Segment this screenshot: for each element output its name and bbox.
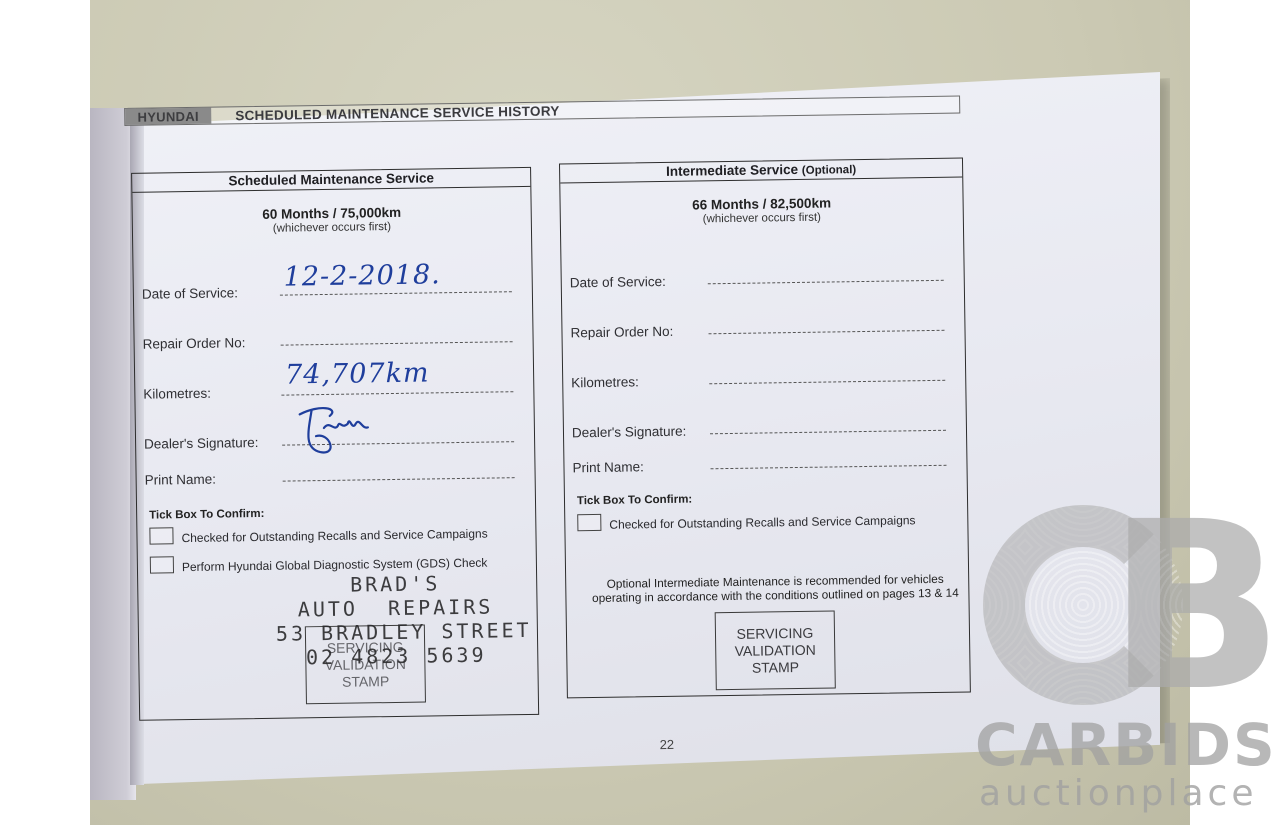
field-label: Kilometres: xyxy=(571,373,709,390)
field-line xyxy=(710,452,946,469)
panel-heading: Scheduled Maintenance Service xyxy=(132,168,530,193)
date-of-service-field[interactable]: Date of Service: xyxy=(570,263,944,291)
stamp-text: STAMP xyxy=(752,658,799,676)
heading-suffix: (Optional) xyxy=(802,164,856,177)
dealer-signature-field[interactable]: Dealer's Signature: xyxy=(144,424,514,451)
stamp-line: 02 4823 5639 xyxy=(276,642,516,670)
field-label: Kilometres: xyxy=(143,385,281,402)
validation-stamp-box: SERVICING VALIDATION STAMP xyxy=(715,610,836,690)
handwritten-date: 12-2-2018. xyxy=(283,259,441,292)
checkbox-label: Checked for Outstanding Recalls and Serv… xyxy=(181,527,487,546)
signature-icon xyxy=(290,401,381,458)
field-line: 12-2-2018. xyxy=(280,278,512,295)
field-label: Dealer's Signature: xyxy=(572,423,710,440)
handwritten-kilometres: 74,707km xyxy=(285,357,430,390)
checkbox-label: Checked for Outstanding Recalls and Serv… xyxy=(609,513,915,532)
print-name-field[interactable]: Print Name: xyxy=(572,448,946,476)
field-label: Repair Order No: xyxy=(570,323,708,340)
page-title: SCHEDULED MAINTENANCE SERVICE HISTORY xyxy=(235,103,560,123)
field-label: Print Name: xyxy=(145,471,283,488)
stamp-line: 53 BRADLEY STREET xyxy=(276,618,516,646)
field-line xyxy=(282,464,514,481)
recalls-check-row[interactable]: Checked for Outstanding Recalls and Serv… xyxy=(577,507,915,532)
stamp-text: SERVICING xyxy=(736,624,813,642)
page-number: 22 xyxy=(660,737,675,752)
field-label: Repair Order No: xyxy=(143,335,281,352)
stamp-text: STAMP xyxy=(342,673,389,691)
field-line xyxy=(710,417,946,434)
field-line xyxy=(708,317,944,334)
field-line xyxy=(280,328,512,345)
field-line xyxy=(708,267,944,284)
page-content: HYUNDAI SCHEDULED MAINTENANCE SERVICE HI… xyxy=(120,87,980,760)
optional-maintenance-note: Optional Intermediate Maintenance is rec… xyxy=(582,571,968,605)
stamp-line: AUTO REPAIRS xyxy=(275,594,515,622)
field-label: Print Name: xyxy=(572,458,710,475)
dealer-rubber-stamp: BRAD'S AUTO REPAIRS 53 BRADLEY STREET 02… xyxy=(275,570,516,670)
repair-order-field[interactable]: Repair Order No: xyxy=(142,324,512,351)
field-line: 74,707km xyxy=(281,378,513,395)
field-label: Date of Service: xyxy=(142,285,280,302)
brand-tag: HYUNDAI xyxy=(125,108,211,125)
recalls-checkbox[interactable] xyxy=(577,513,601,530)
kilometres-field[interactable]: Kilometres: xyxy=(571,363,945,391)
tick-box-title: Tick Box To Confirm: xyxy=(149,508,264,522)
heading-text: Intermediate Service xyxy=(666,162,798,179)
date-of-service-field[interactable]: Date of Service: 12-2-2018. xyxy=(142,274,512,301)
gds-checkbox[interactable] xyxy=(150,556,174,573)
print-name-field[interactable]: Print Name: xyxy=(144,460,514,487)
page-header: HYUNDAI SCHEDULED MAINTENANCE SERVICE HI… xyxy=(124,96,960,126)
kilometres-field[interactable]: Kilometres: 74,707km xyxy=(143,374,513,401)
recalls-checkbox[interactable] xyxy=(149,527,173,544)
tick-box-title: Tick Box To Confirm: xyxy=(577,494,692,508)
field-label: Dealer's Signature: xyxy=(144,435,282,452)
repair-order-field[interactable]: Repair Order No: xyxy=(570,313,944,341)
field-line xyxy=(709,367,945,384)
stamp-line: BRAD'S xyxy=(275,570,515,598)
field-line xyxy=(282,428,514,445)
dealer-signature-field[interactable]: Dealer's Signature: xyxy=(572,413,946,441)
intermediate-service-panel: Intermediate Service (Optional) 66 Month… xyxy=(559,158,971,699)
recalls-check-row[interactable]: Checked for Outstanding Recalls and Serv… xyxy=(149,521,487,546)
field-label: Date of Service: xyxy=(570,273,708,290)
stamp-text: VALIDATION xyxy=(735,641,816,659)
panel-heading: Intermediate Service (Optional) xyxy=(560,159,962,184)
